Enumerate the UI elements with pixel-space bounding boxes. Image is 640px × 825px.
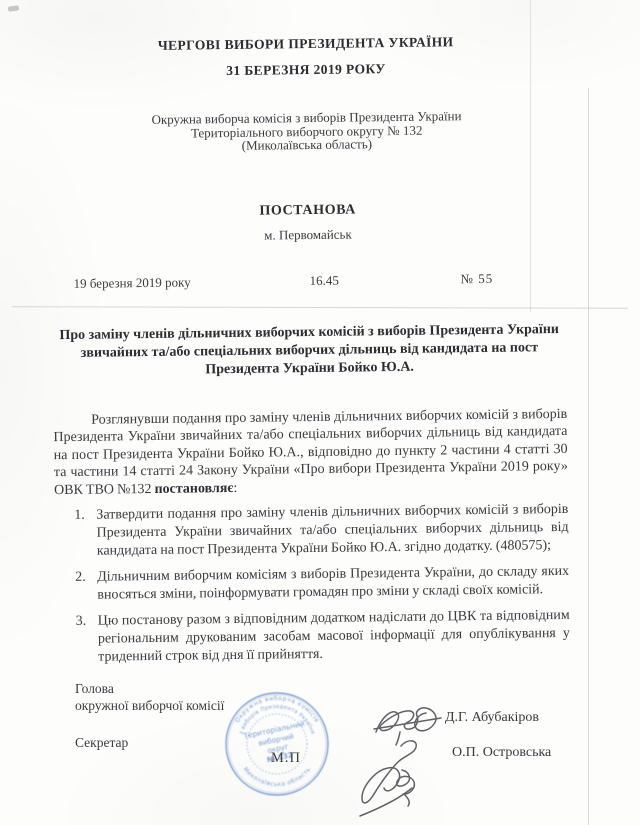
subject-title: Про заміну членів дільничних виборчих ко… (52, 320, 567, 380)
scan-vertical-line-2 (588, 88, 589, 825)
place-line: м. Первомайськ (51, 223, 565, 245)
secretary-name: О.П. Островська (452, 745, 551, 761)
chair-name: Д.Г. Абубакіров (445, 710, 539, 726)
svg-text:Миколаївська область: Миколаївська область (242, 766, 313, 788)
resolution-item-1: Затвердити подання про заміну членів діл… (54, 501, 569, 561)
scanned-document-page: ЧЕРГОВІ ВИБОРИ ПРЕЗИДЕНТА УКРАЇНИ 31 БЕР… (0, 0, 640, 825)
document-time: 16.45 (309, 272, 338, 288)
round-stamp-icon: Окружна виборча комісія з виборів Презид… (222, 689, 332, 799)
preamble-paragraph: Розглянувши подання про заміну членів ді… (53, 405, 568, 499)
resolution-item-2: Дільничним виборчим комісіям з виборів П… (55, 563, 569, 605)
preamble-colon: : (233, 480, 237, 495)
scan-speck (8, 5, 20, 11)
election-header-line2: 31 БЕРЕЗНЯ 2019 РОКУ (49, 59, 563, 81)
preamble-text: Розглянувши подання про заміну членів ді… (53, 406, 568, 497)
secretary-title: Секретар (75, 735, 128, 751)
resolution-items: Затвердити подання про заміну членів діл… (54, 501, 570, 667)
stamp-ring-bottom-text: Миколаївська область (242, 766, 313, 788)
chair-title-line2: окружної виборчої комісії (75, 698, 224, 714)
resolution-item-3: Цю постанову разом з відповідним додатко… (56, 607, 571, 667)
document-type-title: ПОСТАНОВА (51, 199, 565, 221)
document-date: 19 березня 2019 року (73, 274, 190, 291)
document-number: № 55 (460, 270, 493, 286)
preamble-resolve-word: постановляє (154, 480, 233, 496)
seal-placeholder-text: М.П (271, 750, 301, 767)
commission-block: Окружна виборча комісія з виборів Презид… (49, 108, 563, 155)
chair-title-line1: Голова (75, 681, 114, 697)
election-header-line1: ЧЕРГОВІ ВИБОРИ ПРЕЗИДЕНТА УКРАЇНИ (49, 33, 563, 55)
document-body: ЧЕРГОВІ ВИБОРИ ПРЕЗИДЕНТА УКРАЇНИ 31 БЕР… (48, 0, 570, 667)
secretary-signature (356, 736, 444, 818)
meta-row: 19 березня 2019 року 16.45 № 55 (51, 269, 565, 292)
